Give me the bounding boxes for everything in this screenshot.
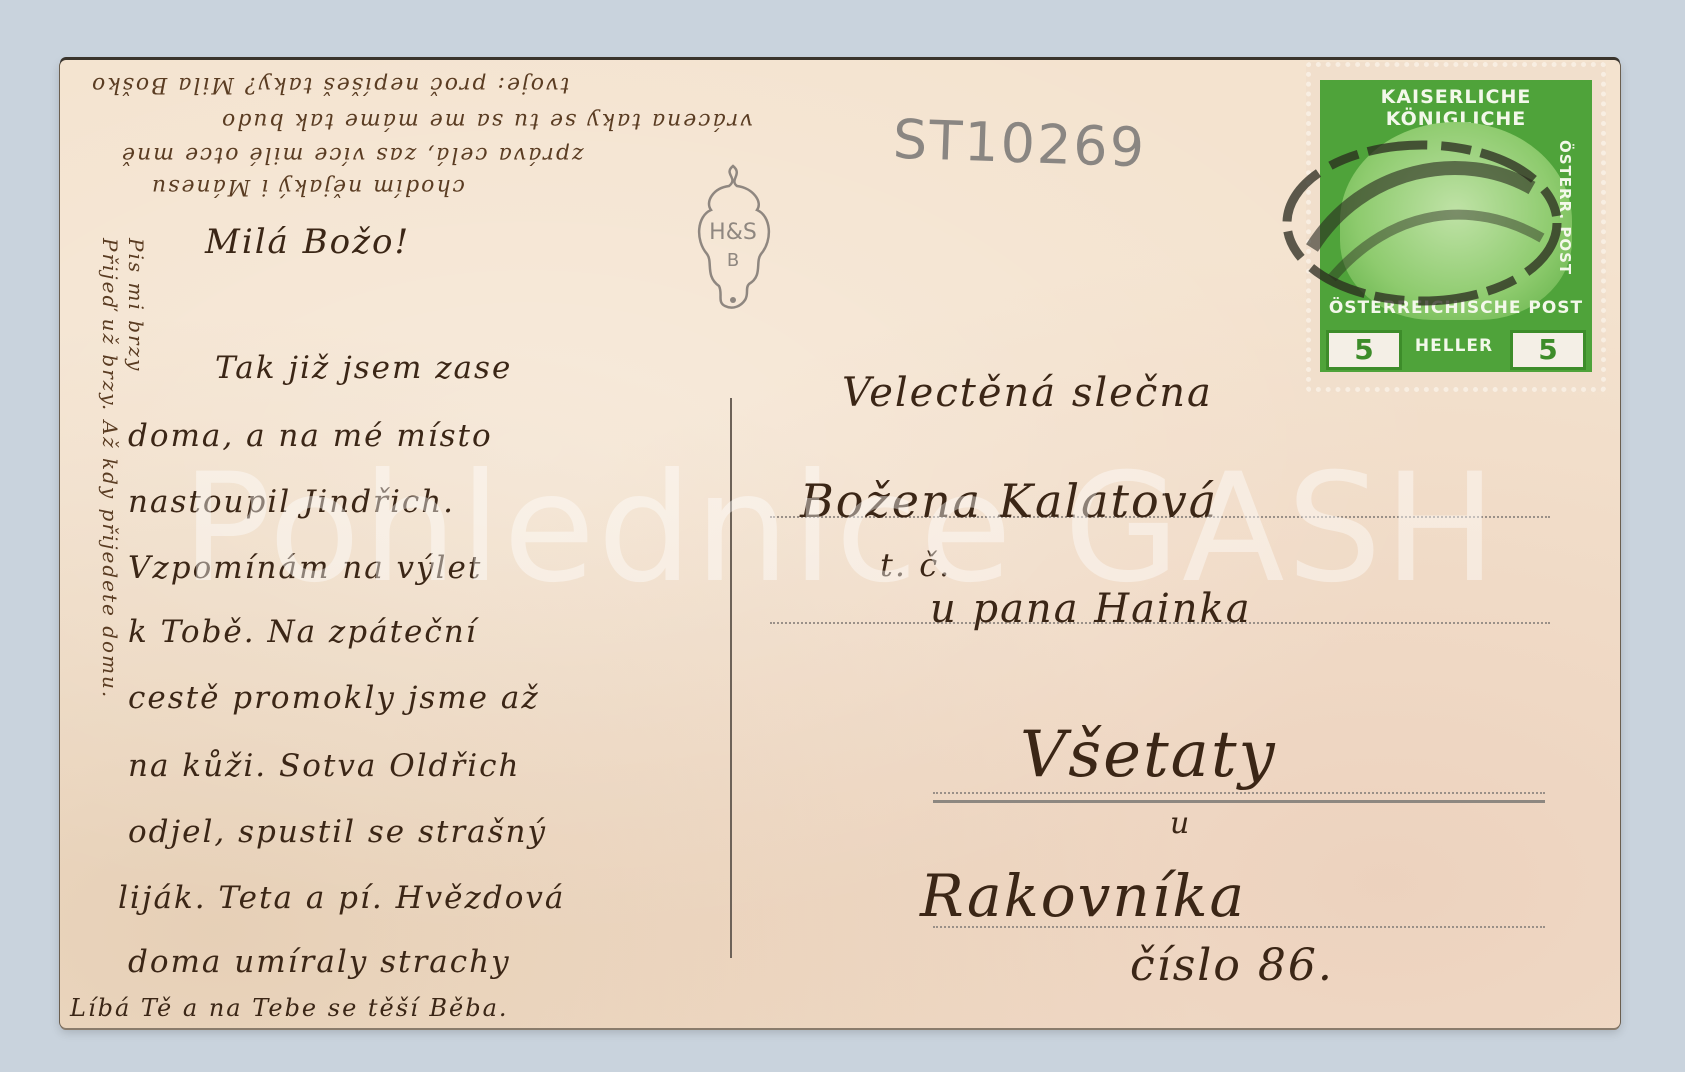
address-line-temporary: t. č. [880,546,951,584]
message-line: na kůži. Sotva Oldřich [128,748,520,784]
publisher-mark: H&S B [683,158,783,318]
margin-note: Přijeď už brzy. Až kdy přijedete domu. [98,238,122,699]
stamp-denomination: HELLER [1404,336,1504,356]
upside-down-line: vrácena taky se tu sa me máme tak budo [220,108,753,133]
margin-note: Pis mi brzy [124,238,148,372]
address-line-name: Božena Kalatová [800,474,1218,528]
stamp-value-left: 5 [1326,330,1402,370]
message-line: Vzpomínám na výlet [128,550,482,586]
postmark-icon [1272,128,1572,318]
message-closing: Líbá Tě a na Tebe se těší Běba. [70,994,509,1022]
message-line: doma, a na mé místo [128,418,493,454]
divider-line [730,398,732,958]
message-line: k Tobě. Na zpáteční [128,614,478,650]
message-line: Tak již jsem zase [215,350,512,386]
address-guide-line [933,792,1545,794]
archive-reference: ST10269 [892,108,1147,180]
address-guide-line-solid [933,800,1545,803]
upside-down-line: chodím nějaký i Mánesu [150,174,465,199]
address-district: Rakovníka [920,862,1246,930]
stamp-value-right: 5 [1510,330,1586,370]
upside-down-line: tvoje: proč nepíšeš taky? Mila Boško [90,72,569,97]
message-line: cestě promokly jsme až [128,680,540,716]
message-line: nastoupil Jindřich. [128,484,455,520]
message-line: odjel, spustil se strašný [128,814,547,850]
address-town: Všetaty [1020,718,1277,792]
address-preposition: u [1170,806,1191,841]
message-line: doma umíraly strachy [128,944,511,980]
address-house-number: číslo 86. [1130,940,1334,991]
address-line-salutation: Velectěná slečna [842,370,1213,416]
upside-down-line: zpráva celá, zas více milé otce mně [120,142,584,167]
address-line-care-of: u pana Hainka [930,586,1252,632]
message-salutation: Milá Božo! [205,222,410,262]
message-line: liják. Teta a pí. Hvězdová [118,880,565,916]
publisher-city-initial: B [683,250,783,271]
publisher-initials: H&S [683,220,783,245]
